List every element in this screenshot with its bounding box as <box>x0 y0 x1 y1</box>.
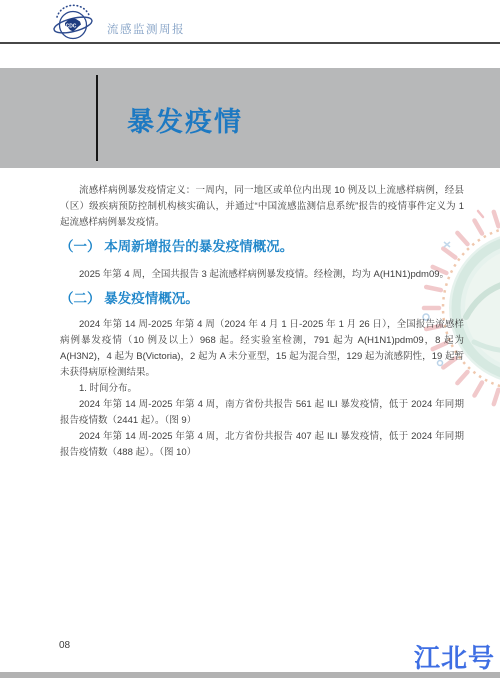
header-divider <box>0 42 500 44</box>
chapter-banner: 暴发疫情 <box>0 68 500 168</box>
section-2-heading: （二） 暴发疫情概况。 <box>60 290 464 308</box>
header-title: 流感监测周报 <box>107 21 185 37</box>
report-page: CDC 流感监测周报 暴发疫情 流感样病例暴发疫情定义：一周内，同一地区或单位内… <box>0 0 500 678</box>
site-watermark: 江北号 <box>414 638 495 675</box>
south-provinces-paragraph: 2024 年第 14 周-2025 年第 4 周，南方省份共报告 561 起 I… <box>60 397 464 429</box>
banner-vertical-rule <box>96 75 98 161</box>
chapter-title: 暴发疫情 <box>127 100 243 139</box>
north-provinces-paragraph: 2024 年第 14 周-2025 年第 4 周，北方省份共报告 407 起 I… <box>60 429 464 461</box>
time-distribution-subheading: 1. 时间分布。 <box>60 381 464 397</box>
section-2-paragraph: 2024 年第 14 周-2025 年第 4 周（2024 年 4 月 1 日-… <box>60 317 464 381</box>
page-number: 08 <box>59 640 70 651</box>
section-1-heading: （一） 本周新增报告的暴发疫情概况。 <box>60 238 464 256</box>
cdc-logo-text: CDC <box>66 24 77 30</box>
definition-paragraph: 流感样病例暴发疫情定义：一周内，同一地区或单位内出现 10 例及以上流感样病例，… <box>60 183 464 231</box>
document-body: 流感样病例暴发疫情定义：一周内，同一地区或单位内出现 10 例及以上流感样病例，… <box>60 183 464 461</box>
section-1-paragraph: 2025 年第 4 周，全国共报告 3 起流感样病例暴发疫情。经检测，均为 A(… <box>60 267 464 283</box>
bottom-bar <box>0 672 500 678</box>
cdc-logo-icon: CDC <box>51 4 95 42</box>
page-header: CDC 流感监测周报 <box>0 0 500 42</box>
